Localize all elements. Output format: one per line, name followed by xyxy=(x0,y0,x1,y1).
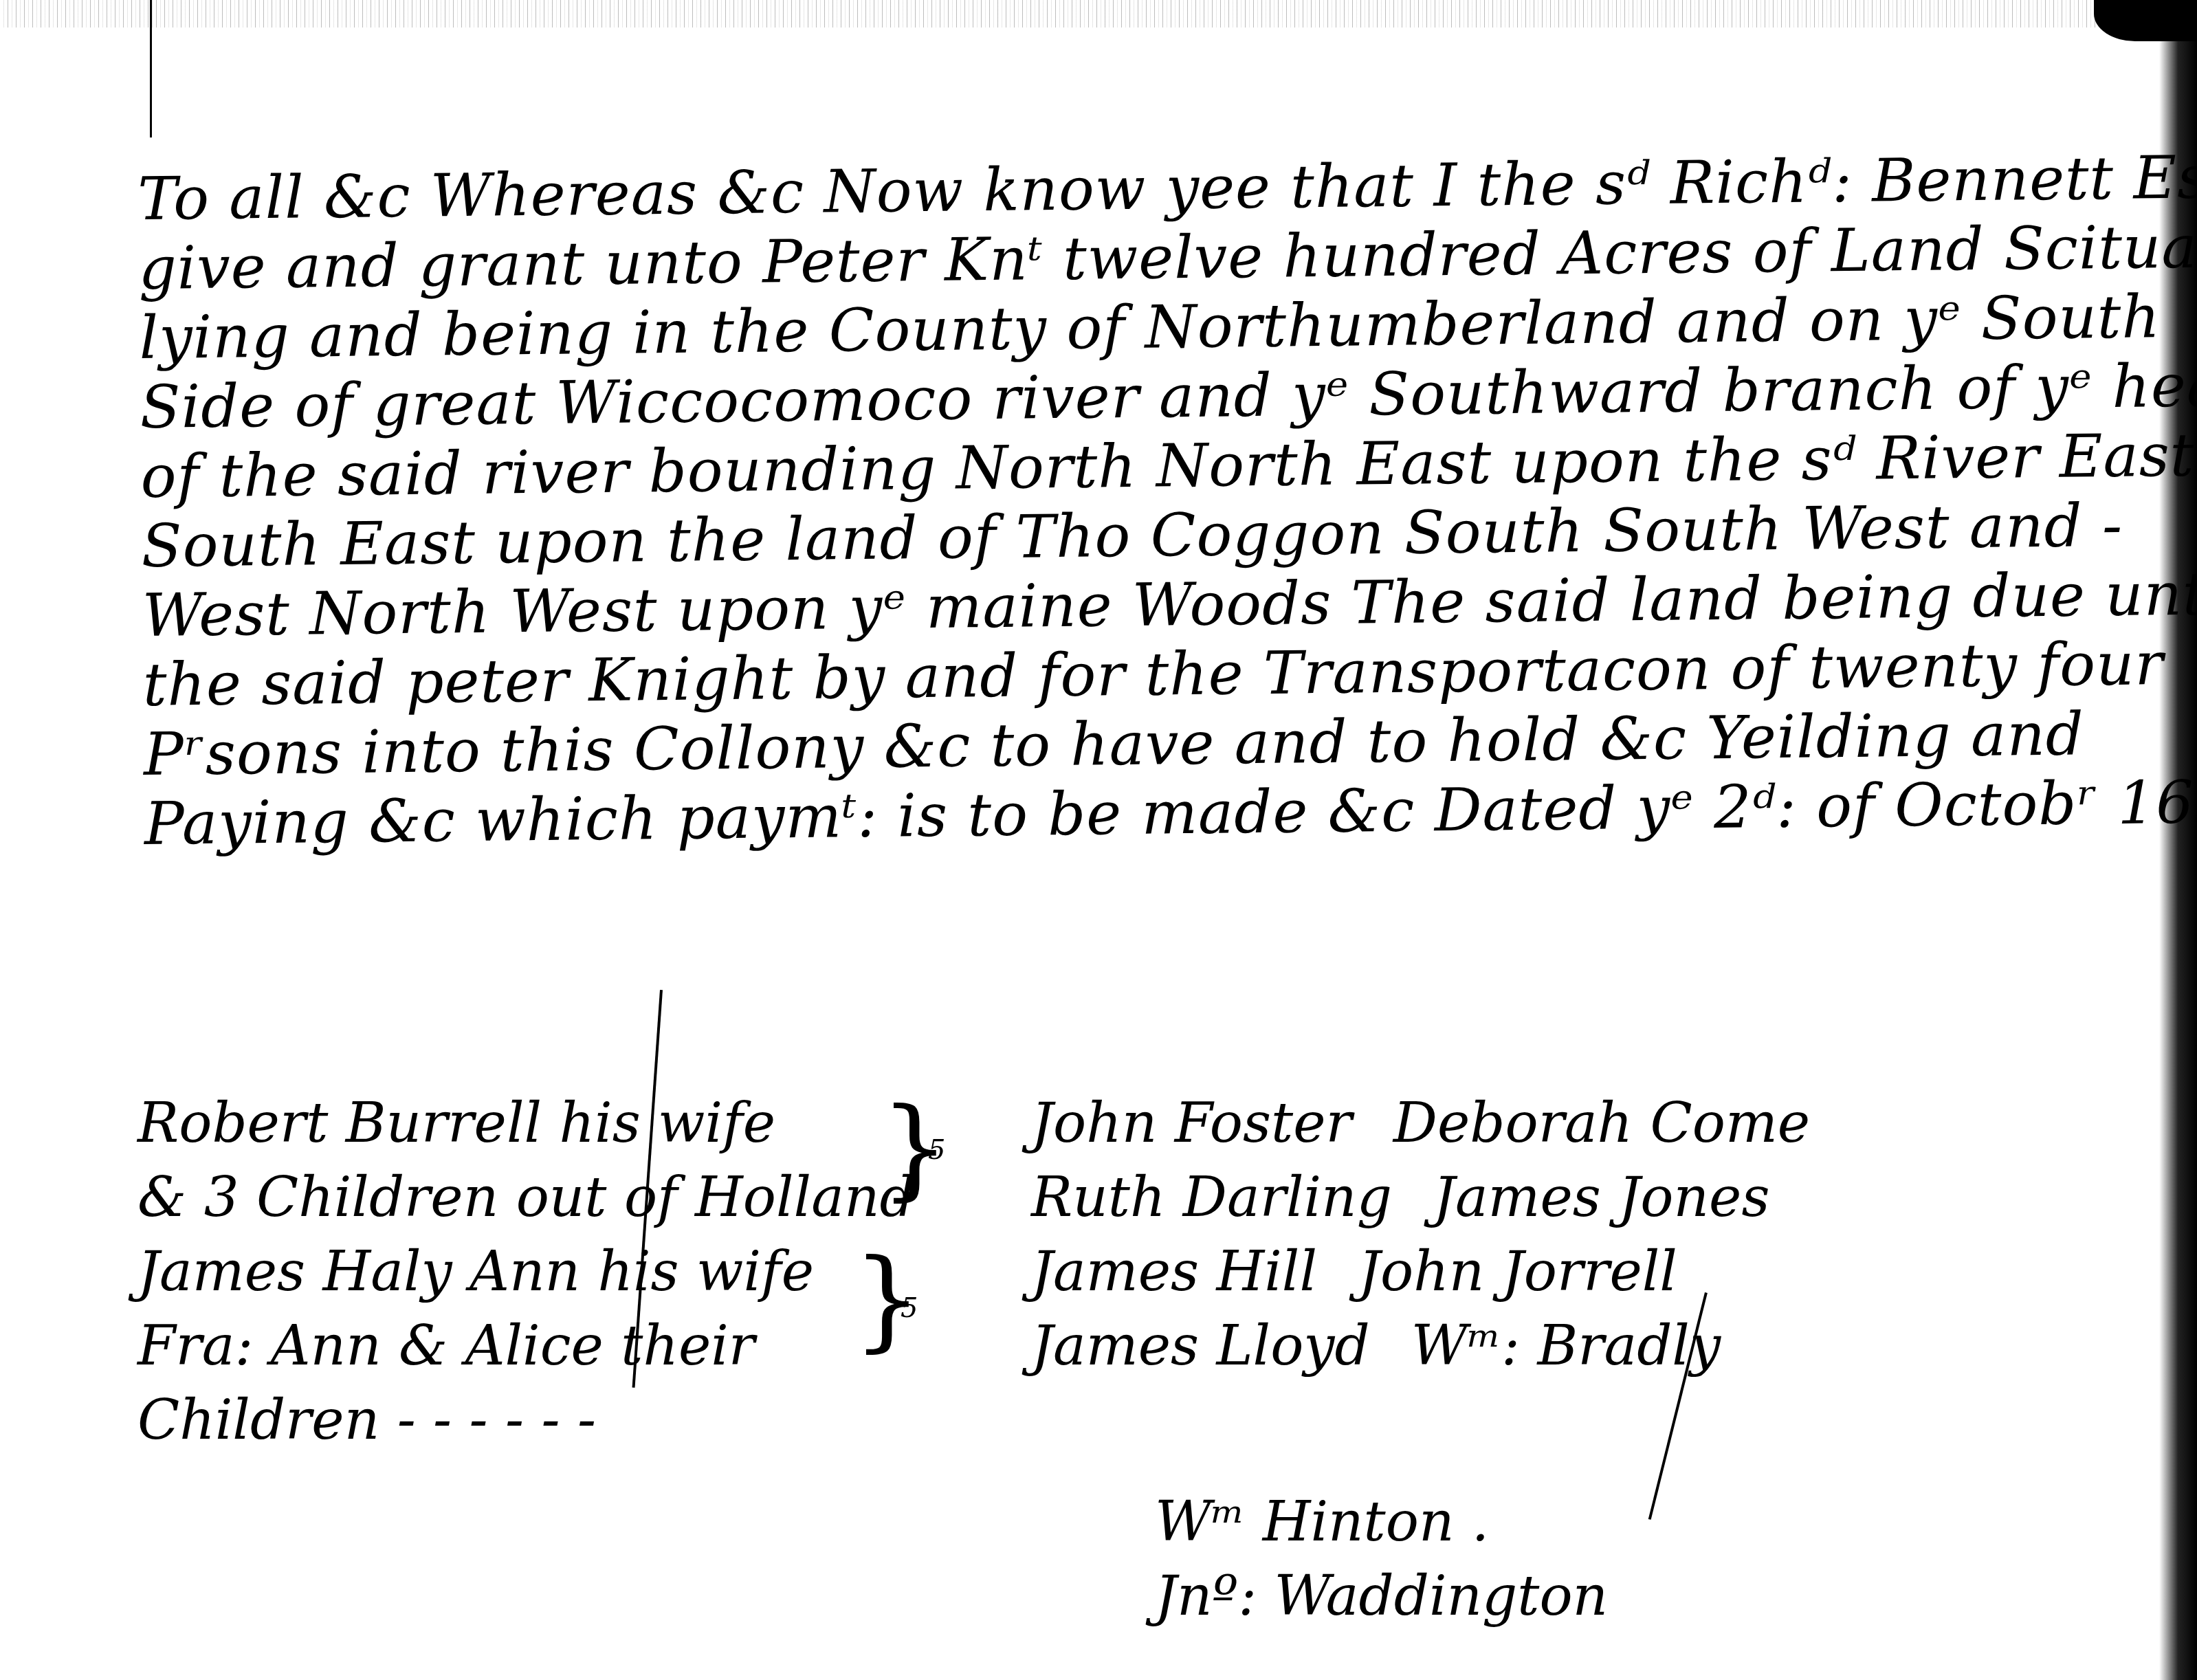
name-row: James Hill John Jorrell xyxy=(1031,1235,1994,1309)
patent-body: To all &c Whereas &c Now know yee that I… xyxy=(137,145,2069,859)
headright-entry: Children - - - - - - xyxy=(137,1383,962,1457)
headright-entry: James Jones xyxy=(1433,1160,1770,1235)
headright-entry: John Jorrell xyxy=(1358,1235,1677,1309)
scan-top-edge-noise xyxy=(0,0,2197,27)
group-count: 5 xyxy=(928,1134,945,1166)
margin-rule xyxy=(150,0,152,137)
headright-entry: Deborah Come xyxy=(1393,1086,1810,1160)
headright-entry: James Lloyd xyxy=(1031,1309,1370,1383)
headright-entry: James Haly Ann his wife xyxy=(137,1235,962,1309)
headright-entry: Wᵐ: Bradly xyxy=(1411,1309,1721,1383)
bottom-names: Wᵐ Hinton . Jnº: Waddington xyxy=(1155,1485,1608,1633)
headrights-list: Robert Burrell his wife & 3 Children out… xyxy=(137,1086,2062,1636)
headright-entry: Ruth Darling xyxy=(1031,1160,1392,1235)
headright-entry: Fra: Ann & Alice their xyxy=(137,1309,962,1383)
headright-entry: Jnº: Waddington xyxy=(1155,1559,1608,1633)
headright-entry: John Foster xyxy=(1031,1086,1352,1160)
headrights-left-column: Robert Burrell his wife & 3 Children out… xyxy=(137,1086,962,1457)
scan-corner-shadow xyxy=(2094,0,2197,41)
headright-entry: Robert Burrell his wife xyxy=(137,1086,962,1160)
headright-entry: & 3 Children out of Holland xyxy=(137,1160,962,1235)
name-row: John Foster Deborah Come xyxy=(1031,1086,1994,1160)
headright-entry: Wᵐ Hinton . xyxy=(1155,1485,1608,1559)
name-row: Ruth Darling James Jones xyxy=(1031,1160,1994,1235)
group-count: 5 xyxy=(901,1292,918,1324)
name-row: James Lloyd Wᵐ: Bradly xyxy=(1031,1309,1994,1383)
headright-entry: James Hill xyxy=(1031,1235,1317,1309)
headrights-right-column: John Foster Deborah Come Ruth Darling Ja… xyxy=(1031,1086,1994,1383)
